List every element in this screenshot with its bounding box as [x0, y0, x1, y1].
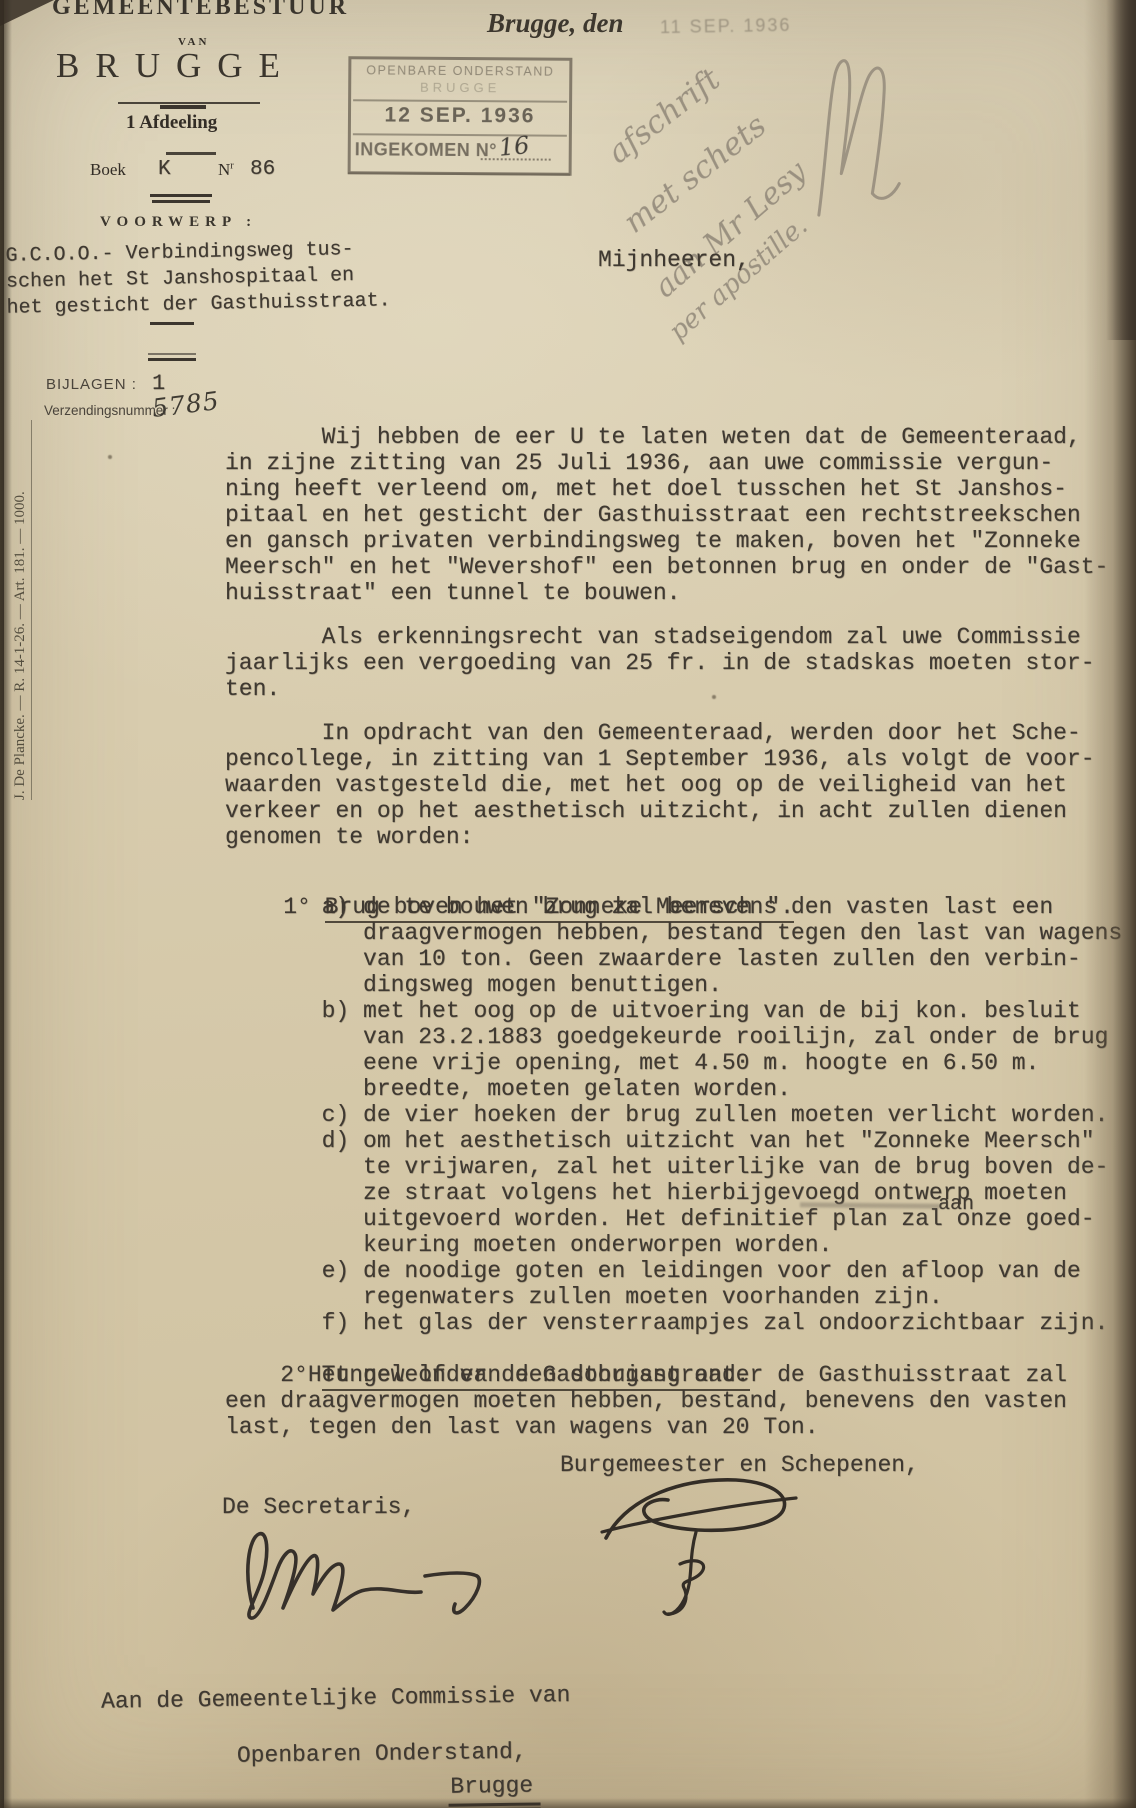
photo-background: GEMEENTEBESTUUR VAN BRUGGE 1 Afdeeling B…: [0, 0, 1136, 1808]
printer-imprint: J. De Plancke. — R. 14-1-26. — Art. 181.…: [12, 420, 32, 800]
addressee-line3: Brugge: [450, 1773, 533, 1800]
photo-corner-top-left: [0, 0, 54, 26]
photo-edge-left: [0, 0, 12, 1808]
paper-speck: [108, 455, 112, 459]
addressee-block: Aan de Gemeentelijke Commissie van Openb…: [0, 0, 1136, 1808]
addressee-line2: Openbaren Onderstand,: [237, 1739, 527, 1769]
addressee-line1: Aan de Gemeentelijke Commissie van: [101, 1682, 571, 1715]
photo-edge-top-right: [1106, 0, 1136, 340]
paper-speck: [712, 695, 716, 699]
photo-edge-bottom: [0, 1798, 1136, 1808]
